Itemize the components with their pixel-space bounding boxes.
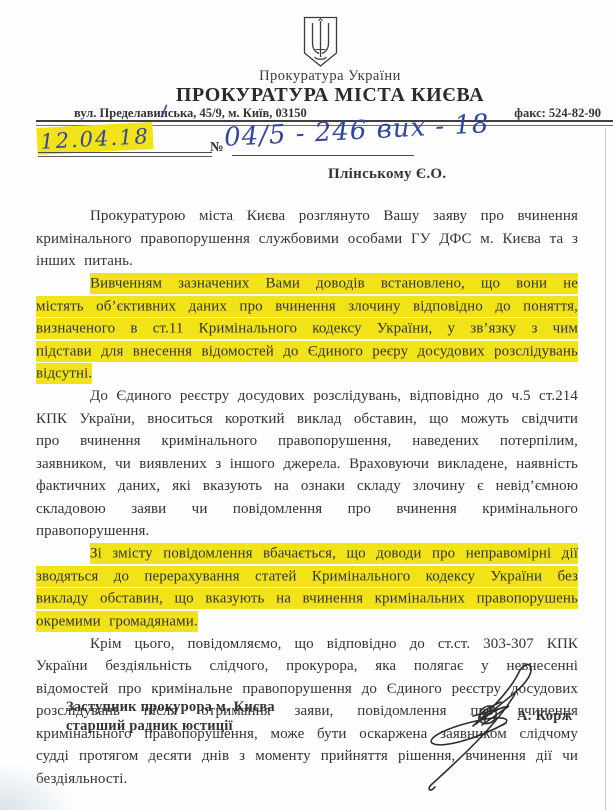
address-line: вул. Пределавинська, 45/9, м. Київ, 0315… [74,106,307,121]
number-underline [232,155,414,156]
addressee: Плінському Є.О. [328,166,446,183]
signer-position-line1: Заступник прокурора м. Києва [66,698,275,717]
signer-name: А. Корж [517,708,572,725]
fax-line: факс: 524-82-90 [514,106,601,121]
scan-corner-artifact [0,762,80,810]
signer-position-line2: старший радник юстиції [66,717,275,736]
org-line: Прокуратура України [45,68,613,85]
paragraph: До Єдиного реєстру досудових розслідуван… [36,385,578,543]
handwritten-signature-icon [405,652,580,802]
signer-position: Заступник прокурора м. Києва старший рад… [66,698,275,736]
date-underline [38,152,212,157]
scanned-letter-page: Прокуратура України ПРОКУРАТУРА МІСТА КИ… [0,0,613,810]
paragraph: Прокуратурою міста Києва розглянуто Вашу… [36,205,578,273]
paragraph-highlighted: Зі змісту повідомлення вбачається, що до… [36,543,578,633]
handwritten-date-highlighted: 12.04.18 [36,122,153,155]
paragraph-highlighted: Вивченням зазначених Вами доводів встано… [36,273,578,386]
number-sign: № [210,139,224,155]
ukraine-trident-icon [302,16,339,68]
page-title: ПРОКУРАТУРА МІСТА КИЄВА [45,84,613,107]
scan-edge-artifact [605,128,606,810]
